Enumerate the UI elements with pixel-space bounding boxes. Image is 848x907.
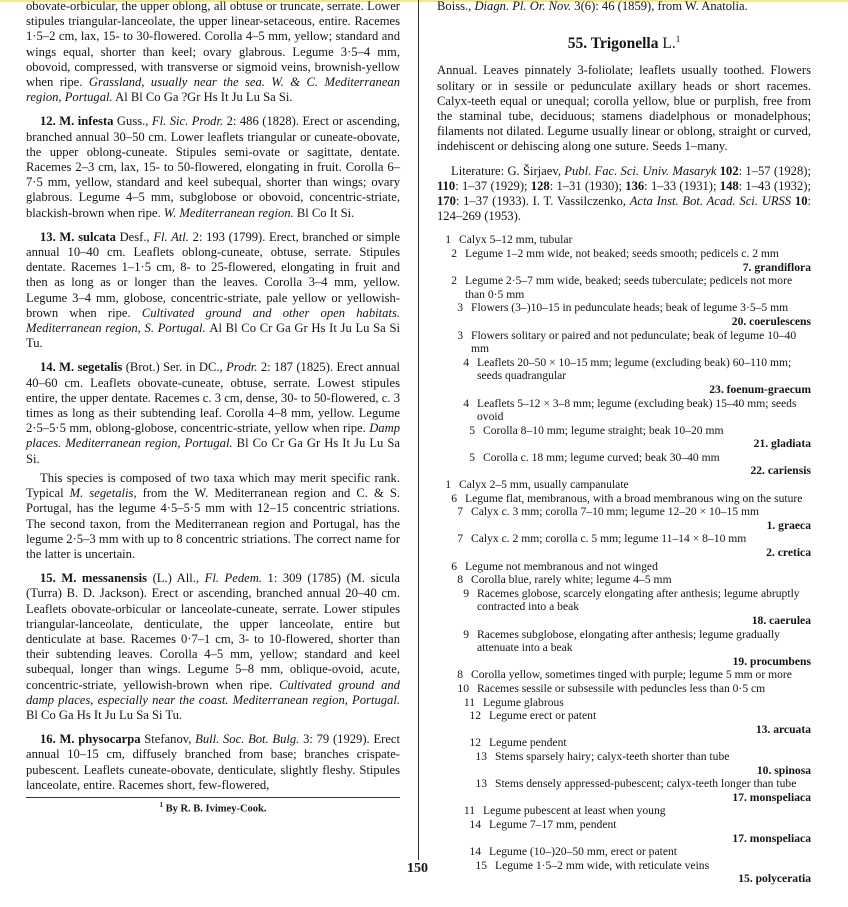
key-text: Calyx c. 3 mm; corolla 7–10 mm; legume 1… (471, 505, 759, 518)
key-number: 5 (461, 424, 475, 438)
literature-volume: 128 (531, 179, 550, 193)
key-text: Legume 1·5–2 mm wide, with reticulate ve… (495, 859, 709, 872)
key-lead-line: 4Leaflets 20–50 × 10–15 mm; legume (excl… (455, 356, 811, 383)
key-lead: 10Racemes sessile or subsessile with ped… (437, 682, 811, 696)
key-lead-line: 14Legume (10–)20–50 mm, erect or patent (467, 845, 811, 859)
key-text: Calyx c. 2 mm; corolla c. 5 mm; legume 1… (471, 532, 746, 545)
key-lead: 14Legume (10–)20–50 mm, erect or patent (437, 845, 811, 859)
key-text: Corolla blue, rarely white; legume 4–5 m… (471, 573, 672, 586)
species-ref-title: Fl. Sic. Prodr. (152, 114, 227, 128)
continuation-author: Boiss., (437, 0, 471, 13)
key-number: 9 (455, 587, 469, 601)
literature-1-author: G. Širjaev, (507, 164, 561, 178)
literature-volume: 136 (625, 179, 644, 193)
key-result: 21. gladiata (461, 437, 811, 451)
key-lead: 12Legume erect or patent13. arcuata (437, 709, 811, 736)
species-ref-detail: 2: 193 (1799). (193, 230, 269, 244)
key-lead: 11Legume pubescent at least when young (437, 804, 811, 818)
species-description: Erect or ascending, branched annual 30–5… (26, 114, 400, 219)
literature: Literature: G. Širjaev, Publ. Fac. Sci. … (437, 164, 811, 225)
key-result: 13. arcuata (467, 723, 811, 737)
species-author: (Brot.) Ser. in DC., (126, 360, 226, 374)
key-number: 8 (449, 668, 463, 682)
key-lead-line: 6Legume flat, membranous, with a broad m… (443, 492, 811, 506)
key-lead: 6Legume flat, membranous, with a broad m… (437, 492, 811, 506)
key-lead-line: 5Corolla c. 18 mm; legume curved; beak 3… (461, 451, 811, 465)
key-text: Calyx 2–5 mm, usually campanulate (459, 478, 629, 491)
literature-2-author: I. T. Vassilczenko, (533, 194, 626, 208)
key-text: Legume erect or patent (489, 709, 596, 722)
key-number: 6 (443, 492, 457, 506)
species-ref-detail: 1: 309 (1785) (268, 571, 347, 585)
key-lead: 14Legume 7–17 mm, pendent17. monspeliaca (437, 818, 811, 845)
key-number: 4 (455, 397, 469, 411)
species-entry: 13. M. sulcata Desf., Fl. Atl. 2: 193 (1… (26, 230, 400, 352)
literature-volume: 102 (720, 164, 739, 178)
continuation-ref: Diagn. Pl. Or. Nov. (474, 0, 571, 13)
species-name: M. sulcata (59, 230, 119, 244)
note-italic: M. segetalis (70, 486, 134, 500)
key-lead: 4Leaflets 5–12 × 3–8 mm; legume (excludi… (437, 397, 811, 424)
key-lead-line: 8Corolla blue, rarely white; legume 4–5 … (449, 573, 811, 587)
key-text: Racemes sessile or subsessile with pedun… (477, 682, 765, 695)
literature-volume: 170 (437, 194, 456, 208)
key-number: 10 (455, 682, 469, 696)
genus-footnote-mark: 1 (676, 34, 681, 44)
key-lead-line: 11Legume pubescent at least when young (461, 804, 811, 818)
species-entries: 12. M. infesta Guss., Fl. Sic. Prodr. 2:… (26, 114, 400, 793)
species-number: 14. (40, 360, 59, 374)
genus-description: Annual. Leaves pinnately 3-foliolate; le… (437, 63, 811, 154)
key-lead-line: 7Calyx c. 2 mm; corolla c. 5 mm; legume … (449, 532, 811, 546)
literature-volume: 110 (437, 179, 455, 193)
key-text: Legume glabrous (483, 696, 564, 709)
key-number: 13 (473, 777, 487, 791)
species-author: Stefanov, (144, 732, 195, 746)
key-lead-line: 8Corolla yellow, sometimes tinged with p… (449, 668, 811, 682)
key-text: Flowers (3–)10–15 in pedunculate heads; … (471, 301, 788, 314)
key-text: Corolla yellow, sometimes tinged with pu… (471, 668, 792, 681)
species-number: 13. (40, 230, 59, 244)
literature-label: Literature: (451, 164, 504, 178)
key-text: Flowers solitary or paired and not pedun… (471, 329, 796, 356)
identification-key: 1Calyx 5–12 mm, tubular2Legume 1–2 mm wi… (437, 233, 811, 886)
continuation-paragraph: obovate-orbicular, the upper oblong, all… (26, 0, 400, 105)
key-text: Racemes globose, scarcely elongating aft… (477, 587, 800, 614)
key-number: 4 (455, 356, 469, 370)
key-text: Legume (10–)20–50 mm, erect or patent (489, 845, 677, 858)
key-number: 7 (449, 505, 463, 519)
key-number: 3 (449, 301, 463, 315)
key-number: 1 (437, 478, 451, 492)
literature-pages: : 1–37 (1933). (456, 194, 533, 208)
key-lead: 15Legume 1·5–2 mm wide, with reticulate … (437, 859, 811, 886)
literature-2-title: Acta Inst. Bot. Acad. Sci. URSS (630, 194, 791, 208)
key-text: Legume pubescent at least when young (483, 804, 666, 817)
species-ref-detail: 3: 79 (1929). (303, 732, 373, 746)
key-lead-line: 2Legume 2·5–7 mm wide, beaked; seeds tub… (443, 274, 811, 301)
species-author: (L.) All., (153, 571, 205, 585)
key-lead: 5Corolla c. 18 mm; legume curved; beak 3… (437, 451, 811, 478)
key-lead: 1Calyx 2–5 mm, usually campanulate (437, 478, 811, 492)
species-name: M. physocarpa (59, 732, 144, 746)
key-lead: 6Legume not membranous and not winged (437, 560, 811, 574)
key-result: 1. graeca (449, 519, 811, 533)
key-result: 19. procumbens (455, 655, 811, 669)
key-lead: 4Leaflets 20–50 × 10–15 mm; legume (excl… (437, 356, 811, 397)
key-lead: 7Calyx c. 2 mm; corolla c. 5 mm; legume … (437, 532, 811, 559)
key-number: 1 (437, 233, 451, 247)
continuation-distribution: Al Bl Co Ga ?Gr Hs It Ju Lu Sa Si. (115, 90, 292, 104)
genus-author: L. (662, 35, 675, 52)
key-result: 22. cariensis (461, 464, 811, 478)
species-ref-title: Prodr. (226, 360, 261, 374)
footnote-text: By R. B. Ivimey-Cook. (166, 803, 267, 814)
key-lead: 7Calyx c. 3 mm; corolla 7–10 mm; legume … (437, 505, 811, 532)
species-note: This species is composed of two taxa whi… (26, 471, 400, 562)
key-result: 18. caerulea (455, 614, 811, 628)
key-result: 17. monspeliaca (467, 832, 811, 846)
literature-pages: : 1–57 (1928); (739, 164, 811, 178)
key-number: 7 (449, 532, 463, 546)
footnote-rule (26, 797, 400, 798)
key-lead: 13Stems densely appressed-pubescent; cal… (437, 777, 811, 804)
key-lead: 5Corolla 8–10 mm; legume straight; beak … (437, 424, 811, 451)
key-lead: 9Racemes subglobose, elongating after an… (437, 628, 811, 669)
literature-pages: : 1–33 (1931); (644, 179, 720, 193)
species-ref-title: Fl. Pedem. (205, 571, 268, 585)
species-entry: 12. M. infesta Guss., Fl. Sic. Prodr. 2:… (26, 114, 400, 220)
species-ref-detail: 2: 187 (1825). (261, 360, 337, 374)
species-habitat: W. Mediterranean region. (164, 206, 297, 220)
key-number: 2 (443, 274, 457, 288)
literature-2-vol: 10 (795, 194, 808, 208)
key-lead-line: 13Stems densely appressed-pubescent; cal… (473, 777, 811, 791)
key-lead-line: 2Legume 1–2 mm wide, not beaked; seeds s… (443, 247, 811, 261)
species-entry: 16. M. physocarpa Stefanov, Bull. Soc. B… (26, 732, 400, 793)
key-lead-line: 3Flowers (3–)10–15 in pedunculate heads;… (449, 301, 811, 315)
key-number: 15 (473, 859, 487, 873)
key-lead: 3Flowers (3–)10–15 in pedunculate heads;… (437, 301, 811, 328)
key-number: 5 (461, 451, 475, 465)
key-text: Legume not membranous and not winged (465, 560, 658, 573)
key-text: Corolla 8–10 mm; legume straight; beak 1… (483, 424, 724, 437)
key-lead-line: 10Racemes sessile or subsessile with ped… (455, 682, 811, 696)
key-text: Racemes subglobose, elongating after ant… (477, 628, 780, 655)
key-text: Legume 2·5–7 mm wide, beaked; seeds tube… (465, 274, 792, 301)
key-lead: 2Legume 2·5–7 mm wide, beaked; seeds tub… (437, 274, 811, 301)
key-number: 14 (467, 818, 481, 832)
genus-number: 55. (568, 35, 587, 52)
key-text: Legume flat, membranous, with a broad me… (465, 492, 802, 505)
species-author: Guss., (117, 114, 152, 128)
key-text: Legume 7–17 mm, pendent (489, 818, 617, 831)
key-number: 2 (443, 247, 457, 261)
key-lead-line: 1Calyx 2–5 mm, usually campanulate (437, 478, 811, 492)
species-name: M. messanensis (61, 571, 152, 585)
key-lead-line: 1Calyx 5–12 mm, tubular (437, 233, 811, 247)
species-distribution: Bl Co Ga Hs It Ju Lu Sa Si Tu. (26, 708, 182, 722)
key-text: Legume 1–2 mm wide, not beaked; seeds sm… (465, 247, 779, 260)
species-number: 12. (40, 114, 59, 128)
key-lead: 9Racemes globose, scarcely elongating af… (437, 587, 811, 628)
key-lead: 8Corolla blue, rarely white; legume 4–5 … (437, 573, 811, 587)
key-lead-line: 15Legume 1·5–2 mm wide, with reticulate … (473, 859, 811, 873)
key-number: 9 (455, 628, 469, 642)
species-entry: 15. M. messanensis (L.) All., Fl. Pedem.… (26, 571, 400, 723)
key-result: 10. spinosa (473, 764, 811, 778)
key-text: Corolla c. 18 mm; legume curved; beak 30… (483, 451, 720, 464)
key-lead-line: 13Stems sparsely hairy; calyx-teeth shor… (473, 750, 811, 764)
species-ref-title: Bull. Soc. Bot. Bulg. (195, 732, 303, 746)
key-number: 13 (473, 750, 487, 764)
key-result: 7. grandiflora (443, 261, 811, 275)
key-number: 12 (467, 736, 481, 750)
page-number: 150 (407, 861, 428, 877)
key-number: 11 (461, 696, 475, 710)
key-result: 17. monspeliaca (473, 791, 811, 805)
footnote: 1 By R. B. Ivimey-Cook. (26, 801, 400, 815)
key-lead-line: 9Racemes globose, scarcely elongating af… (455, 587, 811, 614)
key-number: 8 (449, 573, 463, 587)
key-number: 3 (449, 329, 463, 343)
continuation-post: 3(6): 46 (1859), from W. Anatolia. (574, 0, 748, 13)
key-lead-line: 5Corolla 8–10 mm; legume straight; beak … (461, 424, 811, 438)
column-divider (418, 0, 419, 860)
key-lead: 3Flowers solitary or paired and not pedu… (437, 329, 811, 356)
literature-pages: : 1–37 (1929); (455, 179, 531, 193)
key-lead: 1Calyx 5–12 mm, tubular (437, 233, 811, 247)
key-result: 2. cretica (449, 546, 811, 560)
literature-volume: 148 (720, 179, 739, 193)
species-name: M. segetalis (59, 360, 126, 374)
key-lead: 2Legume 1–2 mm wide, not beaked; seeds s… (437, 247, 811, 274)
key-number: 14 (467, 845, 481, 859)
species-number: 16. (40, 732, 59, 746)
genus-name: Trigonella (591, 35, 659, 52)
key-text: Calyx 5–12 mm, tubular (459, 233, 572, 246)
literature-pages: : 1–43 (1932); (739, 179, 811, 193)
key-result: 15. polyceratia (473, 872, 811, 886)
right-continuation: Boiss., Diagn. Pl. Or. Nov. 3(6): 46 (18… (437, 0, 811, 14)
footnote-mark: 1 (159, 801, 163, 809)
key-text: Stems sparsely hairy; calyx-teeth shorte… (495, 750, 729, 763)
species-number: 15. (40, 571, 61, 585)
key-result: 20. coerulescens (449, 315, 811, 329)
species-distribution: Bl Co It Si. (297, 206, 354, 220)
species-ref-title: Fl. Atl. (153, 230, 192, 244)
key-lead-line: 4Leaflets 5–12 × 3–8 mm; legume (excludi… (455, 397, 811, 424)
key-lead-line: 14Legume 7–17 mm, pendent (467, 818, 811, 832)
key-number: 6 (443, 560, 457, 574)
genus-heading: 55. Trigonella L.1 (437, 34, 811, 53)
key-lead: 11Legume glabrous (437, 696, 811, 710)
key-text: Stems densely appressed-pubescent; calyx… (495, 777, 796, 790)
key-text: Legume pendent (489, 736, 567, 749)
key-lead-line: 12Legume erect or patent (467, 709, 811, 723)
species-author: Desf., (120, 230, 154, 244)
left-column: obovate-orbicular, the upper oblong, all… (26, 0, 400, 814)
literature-pages: : 1–31 (1930); (550, 179, 626, 193)
key-text: Leaflets 5–12 × 3–8 mm; legume (excludin… (477, 397, 797, 424)
key-lead-line: 9Racemes subglobose, elongating after an… (455, 628, 811, 655)
species-description: Erect or ascending, branched annual 20–4… (26, 586, 400, 691)
key-lead-line: 3Flowers solitary or paired and not pedu… (449, 329, 811, 356)
key-lead-line: 6Legume not membranous and not winged (443, 560, 811, 574)
key-number: 11 (461, 804, 475, 818)
key-number: 12 (467, 709, 481, 723)
key-text: Leaflets 20–50 × 10–15 mm; legume (exclu… (477, 356, 791, 383)
key-lead-line: 7Calyx c. 3 mm; corolla 7–10 mm; legume … (449, 505, 811, 519)
key-lead: 8Corolla yellow, sometimes tinged with p… (437, 668, 811, 682)
literature-1-title: Publ. Fac. Sci. Univ. Masaryk (564, 164, 716, 178)
right-column: Boiss., Diagn. Pl. Or. Nov. 3(6): 46 (18… (437, 0, 811, 886)
species-entry: 14. M. segetalis (Brot.) Ser. in DC., Pr… (26, 360, 400, 466)
key-lead: 13Stems sparsely hairy; calyx-teeth shor… (437, 750, 811, 777)
key-lead-line: 12Legume pendent (467, 736, 811, 750)
species-ref-detail: 2: 486 (1828). (227, 114, 303, 128)
key-result: 23. foenum-graecum (455, 383, 811, 397)
key-lead-line: 11Legume glabrous (461, 696, 811, 710)
key-lead: 12Legume pendent (437, 736, 811, 750)
species-name: M. infesta (59, 114, 117, 128)
